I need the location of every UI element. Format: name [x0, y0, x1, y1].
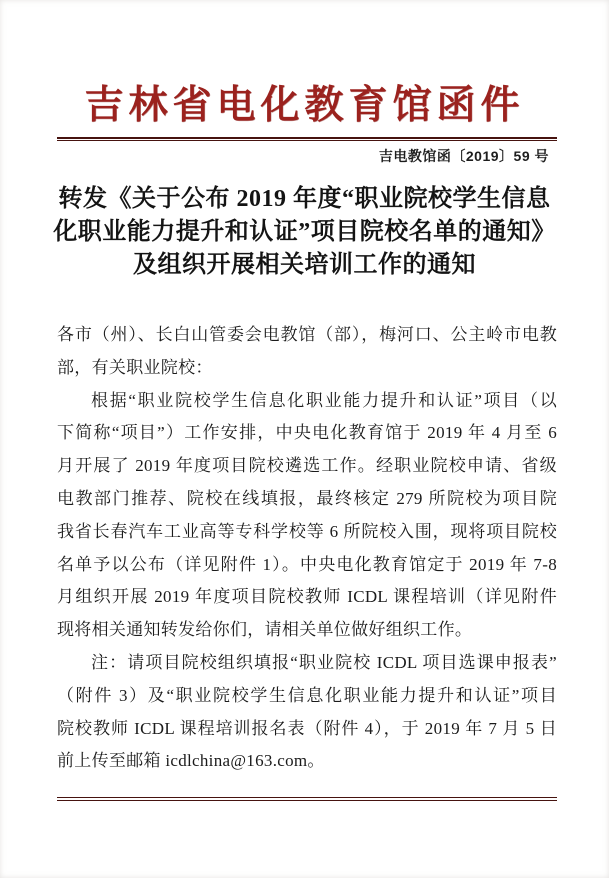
body-line: 现将相关通知转发给你们，请相关单位做好组织工作。	[57, 614, 557, 647]
body-line: 电教部门推荐、院校在线填报，最终核定 279 所院校为项目院校，	[57, 483, 557, 516]
body-line: 我省长春汽车工业高等专科学校等 6 所院校入围，现将项目院校	[57, 516, 557, 549]
header-rule	[57, 137, 557, 141]
letterhead-title: 吉林省电化教育馆函件	[0, 74, 609, 130]
title-line-3: 及组织开展相关培训工作的通知	[36, 249, 573, 282]
body-line: 根据“职业院校学生信息化职业能力提升和认证”项目（以	[57, 385, 557, 418]
footer-rule	[57, 797, 557, 801]
body-line: 月开展了 2019 年度项目院校遴选工作。经职业院校申请、省级	[57, 450, 557, 483]
doc-number: 吉电教馆函〔2019〕59 号	[379, 146, 549, 166]
body-line: 月组织开展 2019 年度项目院校教师 ICDL 课程培训（详见附件 2）。	[57, 581, 557, 614]
title-line-2: 化职业能力提升和认证”项目院校名单的通知》	[36, 216, 573, 249]
title-line-1: 转发《关于公布 2019 年度“职业院校学生信息	[36, 183, 573, 216]
body-line: 注：请项目院校组织填报“职业院校 ICDL 项目选课申报表”	[57, 647, 557, 680]
body-line: 部，有关职业院校：	[57, 352, 557, 385]
body-line: （附件 3）及“职业院校学生信息化职业能力提升和认证”项目	[57, 680, 557, 713]
body-line: 前上传至邮箱 icdlchina@163.com。	[57, 745, 557, 778]
body-line: 下简称“项目”）工作安排，中央电化教育馆于 2019 年 4 月至 6	[57, 417, 557, 450]
document-title: 转发《关于公布 2019 年度“职业院校学生信息 化职业能力提升和认证”项目院校…	[36, 183, 573, 282]
document-page: 吉林省电化教育馆函件 吉电教馆函〔2019〕59 号 转发《关于公布 2019 …	[0, 0, 609, 878]
body-line: 名单予以公布（详见附件 1）。中央电化教育馆定于 2019 年 7-8	[57, 549, 557, 582]
body-line: 院校教师 ICDL 课程培训报名表（附件 4），于 2019 年 7 月 5 日	[57, 713, 557, 746]
letter-body: 各市（州）、长白山管委会电教馆（部），梅河口、公主岭市电教 部，有关职业院校： …	[57, 319, 557, 778]
body-line: 各市（州）、长白山管委会电教馆（部），梅河口、公主岭市电教	[57, 319, 557, 352]
